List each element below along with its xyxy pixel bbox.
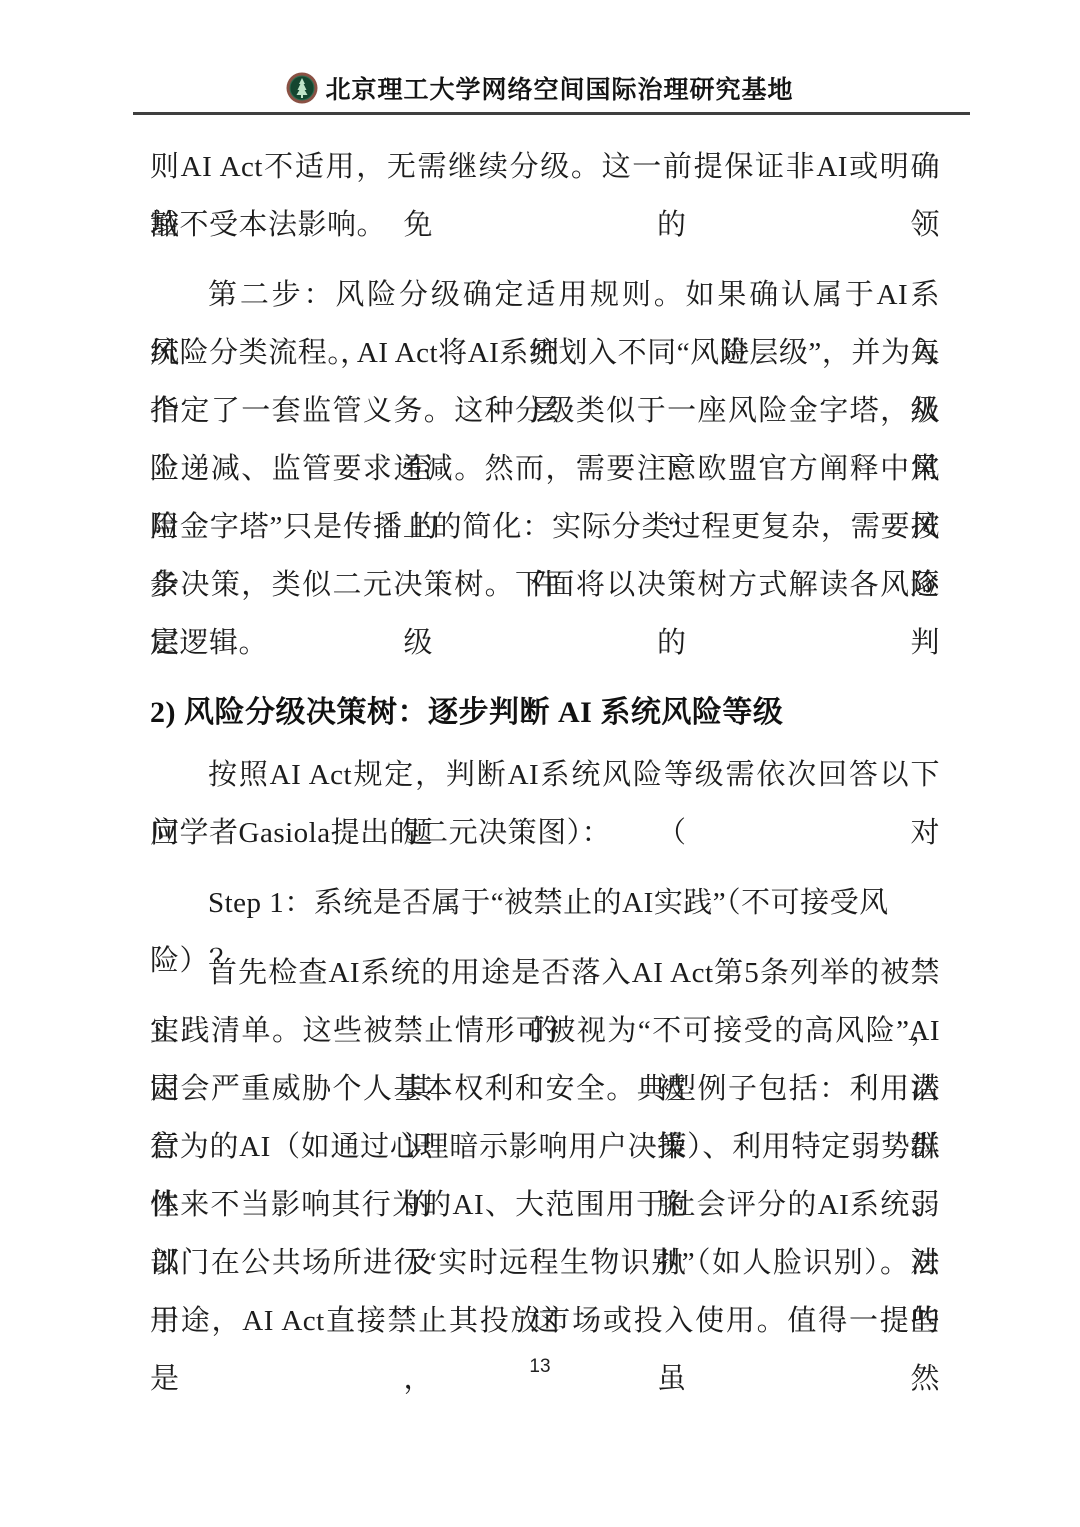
text-line: 则AI Act不适用，无需继续分级。这一前提保证非AI或明确豁免的领	[150, 138, 940, 196]
text-line: 步决策，类似二元决策树。下面将以决策树方式解读各风险层级的判	[150, 556, 940, 614]
paragraph-4-step1: Step 1：系统是否属于“被禁止的AI实践”（不可接受风险）？	[150, 874, 940, 932]
text-line: 风险分类流程。AI Act将AI系统划入不同“风险层级”，并为每个层级	[150, 324, 940, 382]
header-rule	[133, 112, 970, 115]
text-line: 用途，AI Act直接禁止其投放市场或投入使用。值得一提的是，虽然	[150, 1292, 940, 1350]
paragraph-3: 按照AI Act规定，判断AI系统风险等级需依次回答以下问题（对 应学者Gasi…	[150, 746, 940, 862]
text-line: 按照AI Act规定，判断AI系统风险等级需依次回答以下问题（对	[150, 746, 940, 804]
text-line: 定会严重威胁个人基本权利和安全。典型例子包括：利用潜意识操纵	[150, 1060, 940, 1118]
page-header: 北京理工大学网络空间国际治理研究基地	[0, 70, 1080, 106]
document-page: 北京理工大学网络空间国际治理研究基地 则AI Act不适用，无需继续分级。这一前…	[0, 0, 1080, 1527]
paragraph-1: 则AI Act不适用，无需继续分级。这一前提保证非AI或明确豁免的领 域不受本法…	[150, 138, 940, 254]
paragraph-2: 第二步：风险分级确定适用规则。如果确认属于AI系统，则进入 风险分类流程。AI …	[150, 266, 940, 672]
page-footer: 13	[0, 1356, 1080, 1378]
header-org-name: 北京理工大学网络空间国际治理研究基地	[325, 70, 793, 106]
text-line: 指定了一套监管义务。这种分级类似于一座风险金字塔，从上至下风	[150, 382, 940, 440]
text-line: Step 1：系统是否属于“被禁止的AI实践”（不可接受风险）？	[150, 874, 940, 932]
paragraph-5: 首先检查AI系统的用途是否落入AI Act第5条列举的被禁止的AI 实践清单。这…	[150, 944, 940, 1350]
page-number: 13	[529, 1356, 550, 1377]
text-line: 险金字塔”只是传播上的简化：实际分类过程更复杂，需要按条件逐	[150, 498, 940, 556]
text-line: 首先检查AI系统的用途是否落入AI Act第5条列举的被禁止的AI	[150, 944, 940, 1002]
page-body: 则AI Act不适用，无需继续分级。这一前提保证非AI或明确豁免的领 域不受本法…	[150, 138, 940, 1350]
text-line: 实践清单。这些被禁止情形可被视为“不可接受的高风险”，因其被认	[150, 1002, 940, 1060]
text-line: 险递减、监管要求递减。然而，需要注意欧盟官方阐释中常用的“风	[150, 440, 940, 498]
section-heading: 2) 风险分级决策树：逐步判断 AI 系统风险等级	[150, 690, 940, 736]
text-line: 行为的AI（如通过心理暗示影响用户决策）、利用特定弱势群体的脆弱	[150, 1118, 940, 1176]
bit-emblem-icon	[286, 72, 318, 104]
text-line: 第二步：风险分级确定适用规则。如果确认属于AI系统，则进入	[150, 266, 940, 324]
text-line: 部门在公共场所进行“实时远程生物识别”（如人脸识别）。对于这些	[150, 1234, 940, 1292]
text-line: 性来不当影响其行为的AI、大范围用于社会评分的AI系统、以及执法	[150, 1176, 940, 1234]
